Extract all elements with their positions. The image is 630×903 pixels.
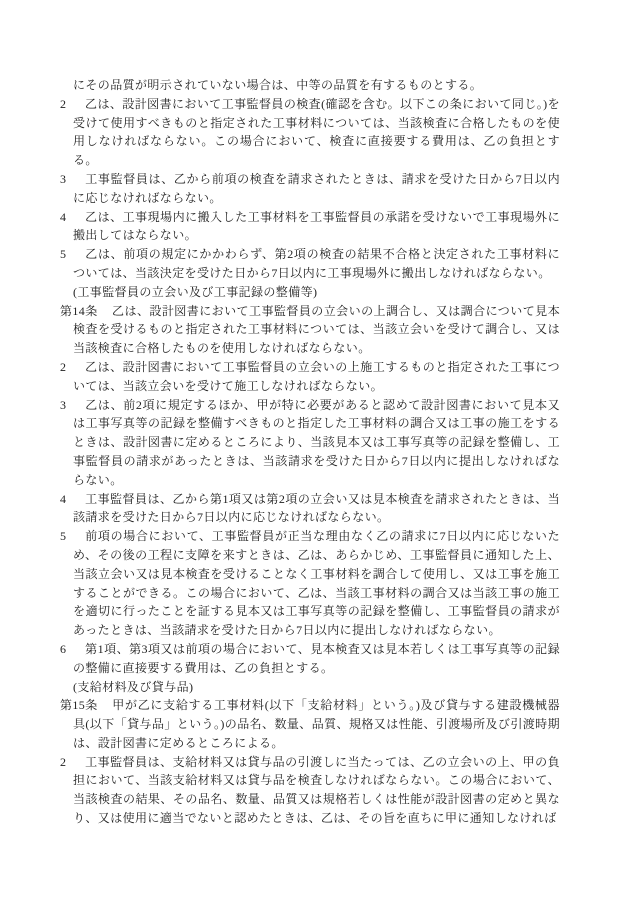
paragraph-text: 前項の場合において、工事監督員が正当な理由なく乙の請求に7日以内に応じないため、… bbox=[73, 529, 560, 637]
paragraph-text: 甲が乙に支給する工事材料(以下「支給材料」という。)及び貸与する建設機械器具(以… bbox=[73, 698, 560, 750]
paragraph-text: 第1項、第3項又は前項の場合において、見本検査又は見本若しくは工事写真等の記録の… bbox=[73, 642, 560, 675]
paragraph-text: にその品質が明示されていない場合は、中等の品質を有するものとする。 bbox=[73, 78, 482, 92]
article-number: 第15条 bbox=[60, 696, 112, 715]
clause-item-paragraph: 2乙は、設計図書において工事監督員の検査(確認を含む。以下この条において同じ。)… bbox=[60, 95, 560, 170]
item-number: 4 bbox=[60, 490, 85, 509]
paragraph-text: 工事監督員は、乙から前項の検査を請求されたときは、請求を受けた日から7日以内に応… bbox=[73, 172, 560, 205]
section-heading: (支給材料及び貸与品) bbox=[60, 678, 560, 697]
item-number: 2 bbox=[60, 95, 85, 114]
item-number: 2 bbox=[60, 358, 85, 377]
clause-item-paragraph: 6第1項、第3項又は前項の場合において、見本検査又は見本若しくは工事写真等の記録… bbox=[60, 640, 560, 678]
clause-item-paragraph: 5乙は、前項の規定にかかわらず、第2項の検査の結果不合格と決定された工事材料につ… bbox=[60, 245, 560, 283]
item-number: 6 bbox=[60, 640, 85, 659]
document-page: にその品質が明示されていない場合は、中等の品質を有するものとする。 2乙は、設計… bbox=[0, 0, 630, 903]
article-number: 第14条 bbox=[60, 302, 112, 321]
article-paragraph: 第15条甲が乙に支給する工事材料(以下「支給材料」という。)及び貸与する建設機械… bbox=[60, 696, 560, 752]
clause-item-paragraph: 5前項の場合において、工事監督員が正当な理由なく乙の請求に7日以内に応じないため… bbox=[60, 527, 560, 640]
item-number: 5 bbox=[60, 245, 85, 264]
contract-text-block: にその品質が明示されていない場合は、中等の品質を有するものとする。 2乙は、設計… bbox=[60, 76, 560, 828]
paragraph-text: 乙は、設計図書において工事監督員の立会いの上施工するものと指定された工事について… bbox=[73, 360, 560, 393]
clause-item-paragraph: 3工事監督員は、乙から前項の検査を請求されたときは、請求を受けた日から7日以内に… bbox=[60, 170, 560, 208]
heading-text: (支給材料及び貸与品) bbox=[73, 680, 193, 694]
item-number: 3 bbox=[60, 396, 85, 415]
clause-item-paragraph: 4工事監督員は、乙から第1項又は第2項の立会い又は見本検査を請求されたときは、当… bbox=[60, 490, 560, 528]
continuation-paragraph: にその品質が明示されていない場合は、中等の品質を有するものとする。 bbox=[60, 76, 560, 95]
paragraph-text: 乙は、前2項に規定するほか、甲が特に必要があると認めて設計図書において見本又は工… bbox=[73, 398, 560, 487]
item-number: 2 bbox=[60, 753, 85, 772]
clause-item-paragraph: 2乙は、設計図書において工事監督員の立会いの上施工するものと指定された工事につい… bbox=[60, 358, 560, 396]
clause-item-paragraph: 4乙は、工事現場内に搬入した工事材料を工事監督員の承諾を受けないで工事現場外に搬… bbox=[60, 208, 560, 246]
paragraph-text: 乙は、設計図書において工事監督員の立会いの上調合し、又は調合について見本検査を受… bbox=[73, 304, 560, 356]
item-number: 4 bbox=[60, 208, 85, 227]
article-paragraph: 第14条乙は、設計図書において工事監督員の立会いの上調合し、又は調合について見本… bbox=[60, 302, 560, 358]
clause-item-paragraph: 2工事監督員は、支給材料又は貸与品の引渡しに当たっては、乙の立会いの上、甲の負担… bbox=[60, 753, 560, 828]
paragraph-text: 工事監督員は、乙から第1項又は第2項の立会い又は見本検査を請求されたときは、当該… bbox=[73, 492, 560, 525]
paragraph-text: 乙は、工事現場内に搬入した工事材料を工事監督員の承諾を受けないで工事現場外に搬出… bbox=[73, 210, 560, 243]
paragraph-text: 乙は、前項の規定にかかわらず、第2項の検査の結果不合格と決定された工事材料につい… bbox=[73, 247, 560, 280]
item-number: 3 bbox=[60, 170, 85, 189]
clause-item-paragraph: 3乙は、前2項に規定するほか、甲が特に必要があると認めて設計図書において見本又は… bbox=[60, 396, 560, 490]
heading-text: (工事監督員の立会い及び工事記録の整備等) bbox=[73, 285, 317, 299]
paragraph-text: 乙は、設計図書において工事監督員の検査(確認を含む。以下この条において同じ。)を… bbox=[73, 97, 560, 167]
item-number: 5 bbox=[60, 527, 85, 546]
section-heading: (工事監督員の立会い及び工事記録の整備等) bbox=[60, 283, 560, 302]
paragraph-text: 工事監督員は、支給材料又は貸与品の引渡しに当たっては、乙の立会いの上、甲の負担に… bbox=[73, 755, 560, 825]
